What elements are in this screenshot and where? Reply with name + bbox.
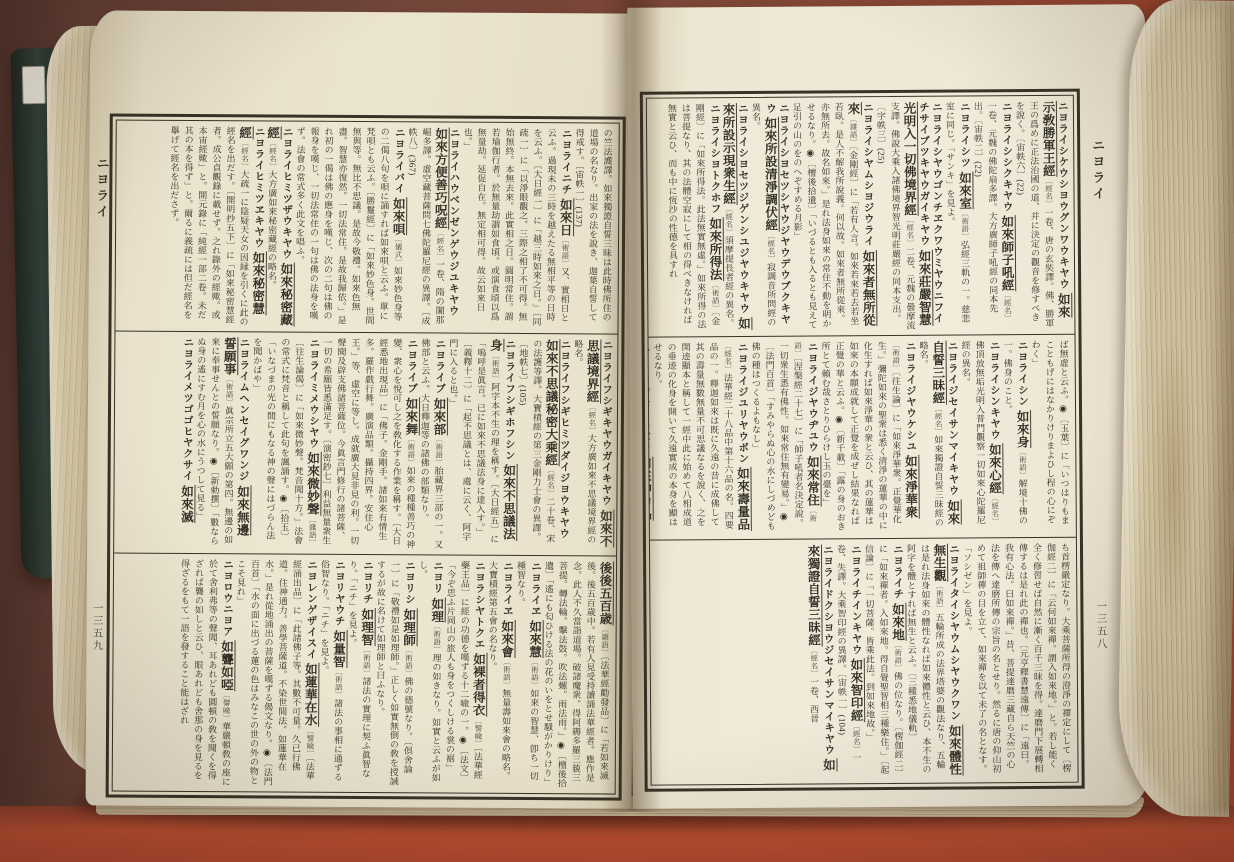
entry-category-label: 〔術語〕: [1018, 448, 1027, 479]
entry-headword-kanji: 如來所得法: [708, 217, 724, 281]
page-number-right: 一三五八: [1093, 600, 1108, 650]
entry-headword-kanji: 如裸者得衣: [471, 653, 487, 717]
entry-category-label: 〔經名〕: [991, 494, 1000, 525]
entry-category-label: 〔經名〕: [268, 139, 277, 170]
spine-label: [22, 66, 46, 104]
dictionary-entry: ニヨライシヤウゴンチヱクワウミヤウニフイチサイブツキヤウガイキヤウ 如來莊嚴智慧…: [873, 102, 947, 330]
entry-headword-kanji: 如來室: [957, 171, 973, 209]
dictionary-entry: ニヨライムヘンセイグワンジ 如來無邊誓願事〔術語〕眞宗所立五大願の第四。無邊の如…: [192, 337, 252, 545]
entry-headword-kanji: 如聾如啞: [219, 640, 235, 691]
entry-headword-kana: ニヨライメツゴゴヒヤクサイ: [182, 337, 194, 485]
entry-headword-kana: ニヨライチインキヤウ: [850, 544, 862, 658]
entry-category-label: 〔經名〕: [1044, 177, 1053, 208]
entry-category-label: 〔術語〕: [711, 281, 720, 312]
entry-headword-kana: ニヨリチ: [362, 560, 373, 608]
entry-headword-kanji: 如來神力品: [649, 457, 654, 521]
entry-headword-kana: ニヨライバイ: [393, 127, 404, 197]
entry-body: 法華經二十八品中第十六品の名。四要品の一。釋迦如來は既に久遠の昔に成佛して其の壽…: [653, 342, 734, 529]
right-page-frame: ニヨライシケウシヨウグンワウキヤウ 如來示敎勝軍王經〔經名〕一卷、唐の玄奘譯。佛…: [640, 89, 1085, 792]
entry-headword-kana: ニヨライフシギキヤウガイキヤウ: [600, 339, 612, 509]
entry-headword-kana: ニヨライシヨトクホフ: [709, 103, 721, 217]
entry-category-label: 〔經名〕: [767, 231, 776, 262]
entry-headword-kana: ニヨライブ: [406, 338, 417, 397]
entry-body: 〔涅槃經二十七〕に「師子吼者名決定說。一切衆生悉有佛性。如來常住無有變易。」◉〔…: [751, 342, 804, 531]
entry-headword-kanji: 如來慧: [527, 620, 543, 658]
dictionary-entry: ニヨリシ 如理師〔術語〕佛の德號なり。〔俱舍論一〕に「敬禮如是如理師。」正しく如…: [372, 560, 418, 786]
entry-headword-kanji: 如來日: [558, 198, 574, 236]
entry-headword-kana: ニヨリシ: [404, 560, 415, 608]
dictionary-entry: ニヨラシヤトクエ 如裸者得衣〔譬喩〕〔法華經藥王品〕に經の功德を嘆ずる十二喩の一…: [442, 561, 488, 783]
entry-headword-kanji: 如來部: [432, 397, 448, 435]
text-band: 後後五百歳〔雜語〕〔法華經勸發品〕に「若如來滅後。後五百歳中。若有人見受持讀誦法…: [113, 552, 616, 793]
entry-headword-kana: ニヨライブ: [434, 338, 445, 397]
entry-headword-kana: ニヨライタイシヤウムシヤウクワン: [948, 544, 960, 725]
entry-headword-kanji: 如理師: [402, 608, 418, 646]
entry-headword-kanji: 如來心經: [987, 443, 1003, 494]
entry-headword-kanji: 如來地: [890, 603, 906, 641]
dictionary-entry: ニヨライヱ 如來慧〔術語〕如來の智慧、卽ち一切種智なり。: [513, 561, 544, 781]
entry-body: 如來の種種善巧の神變、衆心を悅可し之を敎化する作業を稱す。〔大日經悉地出現品〕に…: [321, 338, 415, 549]
entry-headword-kanji: 如蓮華在水: [303, 663, 319, 727]
entry-body: 一卷、西晉: [809, 677, 819, 723]
entry-headword-kana: ニヨライヱ: [530, 561, 541, 620]
entry-body: 〔法華經涌出品〕に「此諸佛子等。其數不可量。久已行佛道。住神通力。善學菩薩道。不…: [236, 559, 315, 786]
photo-scene: ニヨライ 一三五九 の竺法護譯。如來獨證自誓三昧は此時佛所住の道場の名なり。出家…: [0, 0, 1234, 862]
entry-headword-kana: ニヨライニチ: [560, 128, 571, 198]
text-band: ち首楞嚴定なり。大乘菩薩所得の澄淨の禪定にして〔楞伽經二〕に「云何如來禪。謂入如…: [650, 537, 1078, 785]
dictionary-entry: ニヨライシヨセツジゲンシユジヤウキヤウ 如來所設示現衆生經〔經名〕須摩提長者經の…: [720, 103, 753, 330]
entry-headword-kanji: 如來智印經: [849, 658, 865, 722]
entry-headword-kanji: 如理: [430, 597, 446, 623]
entry-headword-kana: ニヨリヤウチ: [334, 560, 345, 630]
dictionary-entry: ニヨライフシギホフシン 如來不思議法身〔術語〕阿字本不生の理を稱す。〔大日經五〕…: [445, 339, 518, 544]
entry-body: ち首楞嚴定なり。大乘菩薩所得の澄淨の禪定にして〔楞伽經二〕に「云何如來禪。謂入如…: [962, 543, 1072, 774]
dictionary-entry: ニヨロウニヨア 如聾如啞〔譬喩〕華嚴頓敎の座に於て舍利弗等の聲聞、耳あれども圓頓…: [176, 559, 236, 786]
entry-headword-kanji: 如來不思議秘密大乘經: [544, 339, 561, 466]
dictionary-entry: ニヨライニチ 如來日〔術語〕又、實相日と云ふ。過現未の三時を越えたる無相平等の日…: [460, 128, 575, 327]
dictionary-entry: ニヨライバイ 如來唄〔儀式〕如來妙色身等の二偈八句を唄に誦すれば如來唄と云ふ。單…: [292, 127, 408, 325]
dictionary-entry: ニヨライドクシヨウジセイサンマイキヤウ 如來獨證自誓三昧經〔經名〕一卷、西晉: [805, 544, 838, 771]
dictionary-entry: ニヨライフシギキヤウガイキヤウ 如來不思議境界經〔經名〕大方廣如來不思議境界經の…: [570, 339, 615, 547]
entry-headword-kana: ニヨライジセイサンマイキヤウ: [947, 341, 959, 500]
dictionary-entry: ニヨライメツゴゴヒヤクサイ 如來滅: [178, 337, 196, 523]
entry-category-label: 〔譬喩〕: [306, 726, 315, 757]
dictionary-entry: ニヨリヤウチ 如量智〔術語〕諸法の事相に通ずる俗智なり。「ニチ」を見よ。: [316, 560, 348, 782]
entry-headword-kana: ニヨライジユリヤウボン: [737, 342, 749, 467]
entry-headword-kanji: 如來唄: [391, 197, 407, 235]
left-page-frame: の竺法護譯。如來獨證自誓三昧は此時佛所住の道場の名なり。出家の法を說き、迦葉自誓…: [106, 113, 626, 800]
entry-category-label: 〔術語〕: [407, 435, 416, 466]
entry-body: 大疏一に陰疑天女の因縁を引くに此の經名を出だす。〔開明抄五下〕に「如來秘密慧經者…: [169, 126, 249, 326]
entry-headword-kana: ニヨレンゲザイスイ: [305, 560, 317, 663]
entry-category-label: 〔術語〕: [404, 646, 413, 677]
dictionary-entry: ニヨライシケウシヨウグンワウキヤウ 如來示敎勝軍王經〔經名〕一卷、唐の玄奘譯。佛…: [1012, 101, 1073, 328]
page-stain: [1150, 330, 1196, 630]
entry-category-label: 〔術語〕: [491, 351, 500, 382]
dictionary-entry: ニヨライジヤウケシユ 如來淨華衆〔術語〕〔往生論〕に「如來淨華衆。正覺華化生。」…: [818, 341, 920, 531]
entry-headword-kanji: 如量智: [331, 630, 347, 668]
entry-category-label: 〔經名〕: [724, 342, 733, 373]
entry-headword-kanji: 如來師子吼經: [1000, 215, 1017, 291]
entry-category-label: 〔經名〕: [906, 216, 915, 247]
text-band: の竺法護譯。如來獨證自誓三昧は此時佛所住の道場の名なり。出家の法を說き、迦葉自誓…: [115, 121, 618, 334]
entry-headword-kana: ニヨライヒミツザウキヤウ: [281, 127, 293, 264]
entry-category-label: 〔術語〕: [502, 658, 511, 689]
entry-category-label: 〔雜語〕: [601, 625, 610, 656]
entry-category-label: 〔經名〕: [852, 722, 861, 753]
entry-body: 〔法華經勸發品〕に「若如來滅後。後五百歳中。若有人見受持讀誦法華經者。應作是念。…: [543, 561, 610, 788]
entry-body: 〔往生論〕に「如來淨華衆。正覺華化生。」彌陀如來の聖衆は悉く淸淨の蓮華の中に化生…: [821, 341, 902, 531]
entry-body: 又、實相日と云ふ。過現未の三時を越えたる無相平等の日時を云ふ。〔大日經一〕に「越…: [463, 128, 570, 327]
entry-headword-kana: ニヨラシヤトクエ: [474, 561, 486, 653]
entry-body: 須摩提長者經の異名。: [724, 236, 735, 328]
entry-body: 一卷、元魏の佛陀扇多譯。大方廣師子吼經の同本先出。〔宙帙二〕(22): [973, 101, 998, 313]
dictionary-entry: ニヨレンゲザイスイ 如蓮華在水〔譬喩〕〔法華經涌出品〕に「此諸佛子等。其數不可量…: [233, 559, 320, 786]
entry-category-label: 〔經名〕: [588, 403, 597, 434]
entry-headword-kana: ニヨライフシギホフシン: [504, 339, 516, 464]
dictionary-entry: ニヨライチ 如來地〔術語〕佛の位なり。〔楞伽經二〕に「如來禪者。入如來地。得自覺…: [861, 544, 908, 778]
entry-headword-kana: ニヨライシケウシヨウグンワウキヤウ: [1057, 101, 1069, 293]
entry-headword-kanji: 如來所設清淨調伏經: [763, 117, 780, 231]
dictionary-entry: ニヨライシヤムシヨジウライ 如來者無所從來〔雜語〕〔金剛經〕に「若有人言。如來若…: [789, 102, 878, 329]
dictionary-entry: ニヨライシン 如來身〔術語〕解境十佛の一。佛身のこと。: [1000, 340, 1032, 525]
dictionary-entry: ニヨライジユリヤウボン 如來壽量品〔經名〕法華經二十八品中第十六品の名。四要品の…: [650, 342, 752, 531]
dictionary-entry: 後後五百歳〔雜語〕〔法華經勸發品〕に「若如來滅後。後五百歳中。若有人見受持讀誦法…: [540, 561, 614, 788]
entry-headword-kanji: 如來方便善巧呪經: [433, 127, 450, 229]
dictionary-entry: ニヨライブ 如來舞〔術語〕如來の種種善巧の神變、衆心を悅可し之を敎化する作業を稱…: [318, 338, 420, 549]
entry-headword-kanji: 如來微妙聲: [305, 452, 321, 516]
entry-headword-kana: ニヨライシツ: [959, 101, 970, 171]
entry-category-label: 〔術語〕: [892, 341, 901, 372]
entry-headword-kana: ニヨライチ: [892, 544, 903, 603]
entry-category-label: 〔術語〕: [894, 641, 903, 672]
entry-headword-kanji: 如理智: [360, 608, 376, 646]
entry-headword-kanji: 如來壽量品: [735, 467, 751, 531]
entry-headword-kana: ニヨライシヨセツジゲンシユジヤウキヤウ: [737, 103, 749, 317]
left-page: ニヨライ 一三五九 の竺法護譯。如來獨證自誓三昧は此時佛所住の道場の名なり。出家…: [86, 10, 637, 808]
entry-category-label: 〔經名〕: [436, 229, 445, 260]
entry-headword-kana: ニヨライシン: [1017, 340, 1028, 410]
entry-headword-kanji: 如來淨華衆: [903, 455, 919, 519]
dictionary-entry: ニヨライシンキヤウ 如來心經〔經名〕佛頂放無垢光明入普門觀察一切如來心陀羅尼經の…: [958, 340, 1004, 525]
entry-category-label: 〔術語〕: [961, 209, 970, 240]
entry-headword-kana: ニヨライヒミツヱキヤウ: [253, 126, 265, 251]
entry-headword-kanji: 如來身: [1015, 410, 1031, 448]
entry-headword-kana: ニヨライドクシヨウジセイサンマイキヤウ: [822, 544, 834, 758]
dictionary-entry: ニヨライミメウシヤウ 如來微妙聲〔雜語〕〔往生論偈〕に「如來微妙聲。梵音聞十方。…: [249, 337, 322, 546]
dictionary-entry: ち首楞嚴定なり。大乘菩薩所得の澄淨の禪定にして〔楞伽經二〕に「云何如來禪。謂入如…: [959, 543, 1076, 774]
entry-category-label: 〔雜語〕: [849, 115, 858, 146]
text-band: ニヨライフシギキヤウガイキヤウ 如來不思議境界經〔經名〕大方廣如來不思議境界經の…: [114, 330, 617, 555]
entry-category-label: 〔譬喩〕: [474, 716, 483, 747]
entry-headword-kanji: 如來滅: [179, 484, 195, 522]
entry-headword-kanji: 如來常住: [805, 456, 821, 507]
entry-headword-kana: ニヨライジンリキボン: [649, 343, 651, 457]
dictionary-entry: ニヨライチインキヤウ 如來智印經〔經名〕一卷、失譯。大乘智印經の異譯。〔宙帙一〕…: [833, 544, 866, 762]
right-page: ニヨライ 一三五八 ニヨライシケウシヨウグンワウキヤウ 如來示敎勝軍王經〔經名〕…: [627, 4, 1151, 809]
right-page-frame-inner: ニヨライシケウシヨウグンワウキヤウ 如來示敎勝軍王經〔經名〕一卷、唐の玄奘譯。佛…: [646, 95, 1079, 786]
entry-category-label: 〔術語〕: [334, 668, 343, 699]
entry-category-label: 〔譬喩〕: [222, 691, 231, 722]
entry-category-label: 〔儀式〕: [394, 235, 403, 266]
dictionary-entry: ニヨライブ 如來部〔術語〕胎藏界三部の一。又佛部と云ふ。大日釋迦等の諸佛の部類な…: [416, 338, 448, 549]
entry-category-label: 〔經名〕: [810, 646, 819, 677]
entry-headword-kana: ニヨロウニヨア: [222, 559, 233, 640]
dictionary-entry: ニヨライシヨセツシヤウジヤウデウブクキヤウ 如來所設清淨調伏經〔經名〕寂調音所問…: [748, 103, 794, 327]
entry-headword-kana: ニヨリ: [432, 560, 443, 597]
dictionary-entry: の竺法護譯。如來獨證自誓三昧は此時佛所住の道場の名なり。出家の法を說き、迦葉自誓…: [571, 128, 617, 321]
entry-category-label: 〔術語〕: [362, 646, 371, 677]
dictionary-entry: ニヨリ 如理〔術語〕理の如きなり。如實と云ふが如し。: [415, 560, 446, 782]
entry-category-label: 〔術語〕: [433, 622, 442, 653]
dictionary-entry: ニヨライシシクキヤウ 如來師子吼經〔經名〕一卷、元魏の佛陀扇多譯。大方廣師子吼經…: [970, 101, 1017, 322]
entry-headword-kana: ニヨライジヤウヂユウ: [807, 341, 819, 455]
entry-category-label: 〔術語〕: [225, 375, 234, 406]
entry-headword-kana: ニヨライミメウシヤウ: [308, 338, 320, 452]
dictionary-entry: ニヨライヱ 如來會〔術語〕無量壽如來會の略名。大寶積經第五會の名なり。: [484, 561, 516, 781]
entry-headword-kanji: 後後五百歳: [598, 561, 614, 625]
entry-body: の竺法護譯。如來獨證自誓三昧は此時佛所住の道場の名なり。出家の法を說き、迦葉自誓…: [574, 128, 613, 321]
entry-category-label: 〔經名〕: [1003, 292, 1012, 323]
dictionary-entry: ニヨライジセイサンマイキヤウ 如來自誓三昧經〔經名〕如來獨證自誓三昧經の略名。: [916, 340, 962, 527]
left-page-frame-inner: の竺法護譯。如來獨證自誓三昧は此時佛所住の道場の名なり。出家の法を說き、迦葉自誓…: [112, 119, 620, 794]
dictionary-entry: ニヨリチ 如理智〔術語〕諸法の實理に契ふ眞智なり。「ニチ」を見よ。: [345, 560, 377, 778]
dictionary-entry: ニヨライハウベンゼンゲウジユキヤウ 如來方便善巧呪經〔經名〕一卷、隋の闍那崛多譯…: [404, 127, 462, 325]
entry-category-label: 〔術語〕: [935, 582, 944, 613]
dictionary-entry: ニヨライタイシヤウムシヤウクワン 如來體性無生觀〔術語〕五輪所成の法界塔婆の觀法…: [903, 543, 964, 775]
entry-body: 佛頂放無垢光明入普門觀察一切如來心陀羅尼經の異名。: [961, 340, 986, 524]
entry-category-label: 〔術語〕: [530, 658, 539, 689]
entry-body: 大方廣如來秘密藏經の略名。: [267, 170, 278, 290]
dictionary-entry: ニヨライシヨトクホフ 如來所得法〔術語〕〔金剛經〕に「如來所得法。此法無實無虛。…: [664, 103, 725, 329]
text-band: ニヨライシケウシヨウグンワウキヤウ 如來示敎勝軍王經〔經名〕一卷、唐の玄奘譯。佛…: [647, 96, 1075, 337]
dictionary-entry: ニヨライヒミツザウキヤウ 如來秘密藏經〔經名〕大方廣如來秘密藏經の略名。: [264, 126, 296, 326]
entry-category-label: 〔術語〕: [435, 435, 444, 466]
entry-headword-kanji: 如來會: [499, 620, 515, 658]
entry-headword-kana: ニヨライシシクキヤウ: [1001, 101, 1013, 215]
entry-body: 如來妙色身等の二偈八句を唄に誦すれば如來唄と云ふ。單に梵唄とも云ふ。〔勝鬘經〕に…: [295, 127, 403, 325]
entry-headword-kana: ニヨライシンキヤウ: [989, 340, 1001, 443]
entry-category-label: 〔經名〕: [240, 139, 249, 170]
entry-headword-kana: ニヨライヱ: [502, 561, 513, 620]
entry-category-label: 〔經名〕: [934, 404, 943, 435]
dictionary-entry: ニヨライジヤウヂユウ 如來常住〔術語〕〔涅槃經二十七〕に「師子吼者名決定說。一切…: [748, 341, 822, 530]
entry-category-label: 〔術語〕: [561, 236, 570, 267]
entry-category-label: 〔經名〕: [725, 205, 734, 236]
running-head-right: ニヨライ: [1088, 138, 1107, 202]
entry-headword-kana: ニヨライムヘンセイグワンジ: [238, 337, 250, 485]
dictionary-entry: ニヨライフシギヒミツダイジヨウキヤウ 如來不思議秘密大乘經〔經名〕二十卷、宋の法…: [515, 339, 573, 543]
entry-body: 〔往生論偈〕に「如來微妙聲。梵音聞十方。」法會の常式に梵音と稱して此句を諷誦す。…: [252, 337, 304, 544]
text-band: ば無虛と云ふ。◉〔玉葉〕に「いつはりもまこともげにはなかりけりまよひし程の心にぞ…: [649, 334, 1076, 540]
entry-body: ば無虛と云ふ。◉〔玉葉〕に「いつはりもまこともげにはなかりけりまよひし程の心にぞ…: [1031, 340, 1070, 525]
entry-category-label: 〔經名〕: [546, 466, 555, 497]
dictionary-entry: ば無虛と云ふ。◉〔玉葉〕に「いつはりもまこともげにはなかりけりまよひし程の心にぞ…: [1028, 340, 1074, 525]
entry-headword-kana: ニヨライシヤムシヨジウライ: [862, 102, 874, 250]
dictionary-entry: ニヨライシツ 如來室〔術語〕弘經三軌の一。慈悲室に同じ。「サンキ」を見よ。: [942, 101, 975, 323]
entry-headword-kanji: 如來舞: [404, 397, 420, 435]
page-number-left: 一三五九: [90, 602, 105, 652]
dictionary-entry: ニヨライヒミツヱキヤウ 如來秘密慧經〔經名〕大疏一に陰疑天女の因縁を引くに此の經…: [166, 126, 268, 326]
entry-category-label: 〔雜語〕: [308, 515, 317, 546]
entry-headword-kana: ニヨライジヤウケシユ: [905, 341, 917, 455]
